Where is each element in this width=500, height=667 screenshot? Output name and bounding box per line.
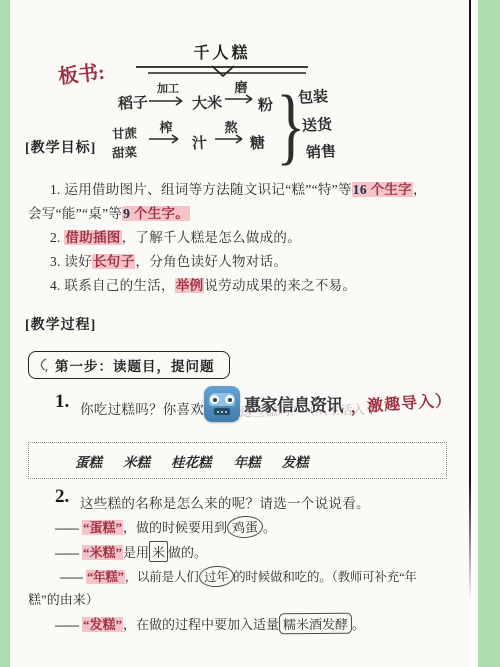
output-2: 送货 <box>301 113 332 136</box>
objective-3-pre: 3. 读好 <box>50 254 92 269</box>
objective-3-text: ，分角色读好人物对话。 <box>135 254 287 269</box>
answer-dangao-text: ，做的时候要用到 <box>123 520 227 535</box>
flow1-result: 粉 <box>257 94 273 116</box>
objective-1b-text: 会写“能”“桌”等 <box>28 206 122 221</box>
flow2-source-top: 甘蔗 <box>112 124 138 143</box>
objective-4-text: 说劳动成果的来之不易。 <box>204 278 356 293</box>
cake-names-box: 蛋糕 米糕 桂花糕 年糕 发糕 <box>28 442 447 479</box>
answer-dangao-tail: 。 <box>263 520 276 535</box>
objective-1-text: 1. 运用借助图片、组词等方法随文识记“糕”“特”等 <box>50 182 352 197</box>
answer-fagao-tail: 。 <box>352 617 365 632</box>
flow1-arrow1: 加工 <box>148 84 188 107</box>
arrow-right-icon <box>214 133 248 145</box>
answer-dash: —— <box>55 520 77 535</box>
flow2-mid: 汁 <box>191 132 207 154</box>
left-green-border <box>0 0 10 667</box>
objective-1-line-2: 会写“能”“桌”等9 个生字。 <box>28 202 190 222</box>
arrow-right-icon <box>148 95 188 107</box>
question-1-number: 1. <box>55 391 69 413</box>
cake-item: 年糕 <box>234 451 261 471</box>
answer-dash: —— <box>60 570 81 584</box>
answer-migao-boxed-word: 米 <box>149 541 168 562</box>
answer-fagao: ——“发糕”，在做的过程中要加入适量糯米酒发酵。 <box>55 613 365 634</box>
watermark-eye-right <box>225 395 234 404</box>
answer-dash: —— <box>55 545 77 560</box>
answer-dash: —— <box>55 617 77 632</box>
cake-item: 米糕 <box>123 451 150 471</box>
arrow-right-icon <box>148 133 184 145</box>
process-section-label: [教学过程] <box>25 314 96 334</box>
objective-1b-count: 9 <box>123 206 134 221</box>
question-1-handwritten-note: ，激趣导入） <box>349 387 452 417</box>
page-edge-line <box>469 0 471 600</box>
cake-item: 桂花糕 <box>171 451 212 471</box>
answer-migao-name: “米糕” <box>82 545 123 560</box>
cake-item: 蛋糕 <box>75 451 102 471</box>
watermark-logo-icon <box>204 386 240 422</box>
flow1-source: 稻子 <box>117 91 148 114</box>
watermark-text: 惠家信息资讯 <box>244 391 343 416</box>
answer-migao: ——“米糕”是用米做的。 <box>55 541 207 562</box>
objective-4: 4. 联系自己的生活，举例说劳动成果的来之不易。 <box>50 274 356 294</box>
flow2-arrow2: 熬 <box>214 122 248 145</box>
objective-2-num: 2. <box>50 230 64 245</box>
board-note-label: 板书: <box>57 56 106 90</box>
page-title: 千人糕 <box>162 40 282 63</box>
scanned-lesson-page: 千人糕 板书: 稻子 加工 大米 磨 粉 甘蔗 甜菜 榨 汁 熬 糖 } 包装 … <box>0 0 500 667</box>
objective-1b-highlight: 个生字。 <box>134 206 189 221</box>
answer-dangao-name: “蛋糕” <box>82 520 123 535</box>
watermark-mouth-dot <box>221 411 223 413</box>
question-2-number: 2. <box>55 486 69 508</box>
objectives-section-label: [教学目标] <box>25 137 96 157</box>
flow2-arrow1: 榨 <box>148 122 184 145</box>
watermark-mouth-dot <box>225 411 227 413</box>
answer-niangao-text: ，以前是人们 <box>125 570 199 584</box>
watermark-eye-left <box>210 395 219 404</box>
output-3: 销售 <box>305 140 336 163</box>
objective-4-highlight: 举例 <box>175 278 205 293</box>
flow1-arrow1-label: 加工 <box>157 84 179 95</box>
objective-3: 3. 读好长句子，分角色读好人物对话。 <box>50 250 287 270</box>
step-1-title: 第一步：读题目，提问题 <box>55 355 215 375</box>
answer-niangao-circled-word: 过年 <box>198 565 234 588</box>
flow1-arrow2: 磨 <box>224 82 258 105</box>
answer-dangao: ——“蛋糕”，做的时候要用到鸡蛋。 <box>55 516 276 538</box>
answer-fagao-text: ，在做的过程中要加入适量 <box>123 617 279 632</box>
answer-migao-text: 是用 <box>123 545 149 560</box>
pencil-tick-icon <box>37 357 49 373</box>
objective-2-text: ，了解千人糕是怎么做成的。 <box>122 230 301 245</box>
question-2-text: 这些糕的名称是怎么来的呢？请选一个说说看。 <box>80 492 370 512</box>
objective-1-tail: ， <box>413 182 427 197</box>
arrow-right-icon <box>224 93 258 105</box>
watermark-mouth-dot <box>217 411 219 413</box>
output-1: 包装 <box>297 85 328 108</box>
objective-2: 2. 借助插图，了解千人糕是怎么做成的。 <box>50 226 301 246</box>
flow2-source-bottom: 甜菜 <box>112 142 138 161</box>
cake-item: 发糕 <box>282 451 309 471</box>
answer-niangao-tail: 的时候做和吃的。（教师可补充“年 <box>233 570 417 584</box>
answer-migao-tail: 做的。 <box>168 545 207 560</box>
answer-niangao-line-1: ——“年糕”，以前是人们过年的时候做和吃的。（教师可补充“年 <box>60 566 417 587</box>
objective-2-highlight: 借助插图 <box>64 230 121 245</box>
question-1-text: 你吃过糕吗？你喜欢吃 <box>80 398 218 418</box>
answer-niangao-line-2: 糕”的由来） <box>28 589 99 608</box>
objective-1-line-1: 1. 运用借助图片、组词等方法随文识记“糕”“特”等16 个生字， <box>50 178 427 198</box>
objective-4-pre: 4. 联系自己的生活， <box>50 278 175 293</box>
right-green-border <box>478 0 500 667</box>
answer-fagao-name: “发糕” <box>82 617 123 632</box>
answer-niangao-name: “年糕” <box>86 570 125 584</box>
right-page-gutter <box>470 0 478 667</box>
flow2-result: 糖 <box>249 132 265 154</box>
flow1-arrow2-label: 磨 <box>234 82 247 93</box>
flow2-arrow2-label: 熬 <box>224 122 237 133</box>
flow1-mid: 大米 <box>192 91 223 113</box>
answer-dangao-circled-word: 鸡蛋 <box>226 515 263 539</box>
flow2-arrow1-label: 榨 <box>159 122 172 133</box>
step-1-box: 第一步：读题目，提问题 <box>28 351 230 379</box>
answer-fagao-boxed-phrase: 糯米酒发酵 <box>279 613 352 635</box>
objective-1-highlight: 个生字 <box>371 182 412 197</box>
objective-3-highlight: 长句子 <box>92 254 135 269</box>
objective-1-count: 16 <box>353 182 371 197</box>
